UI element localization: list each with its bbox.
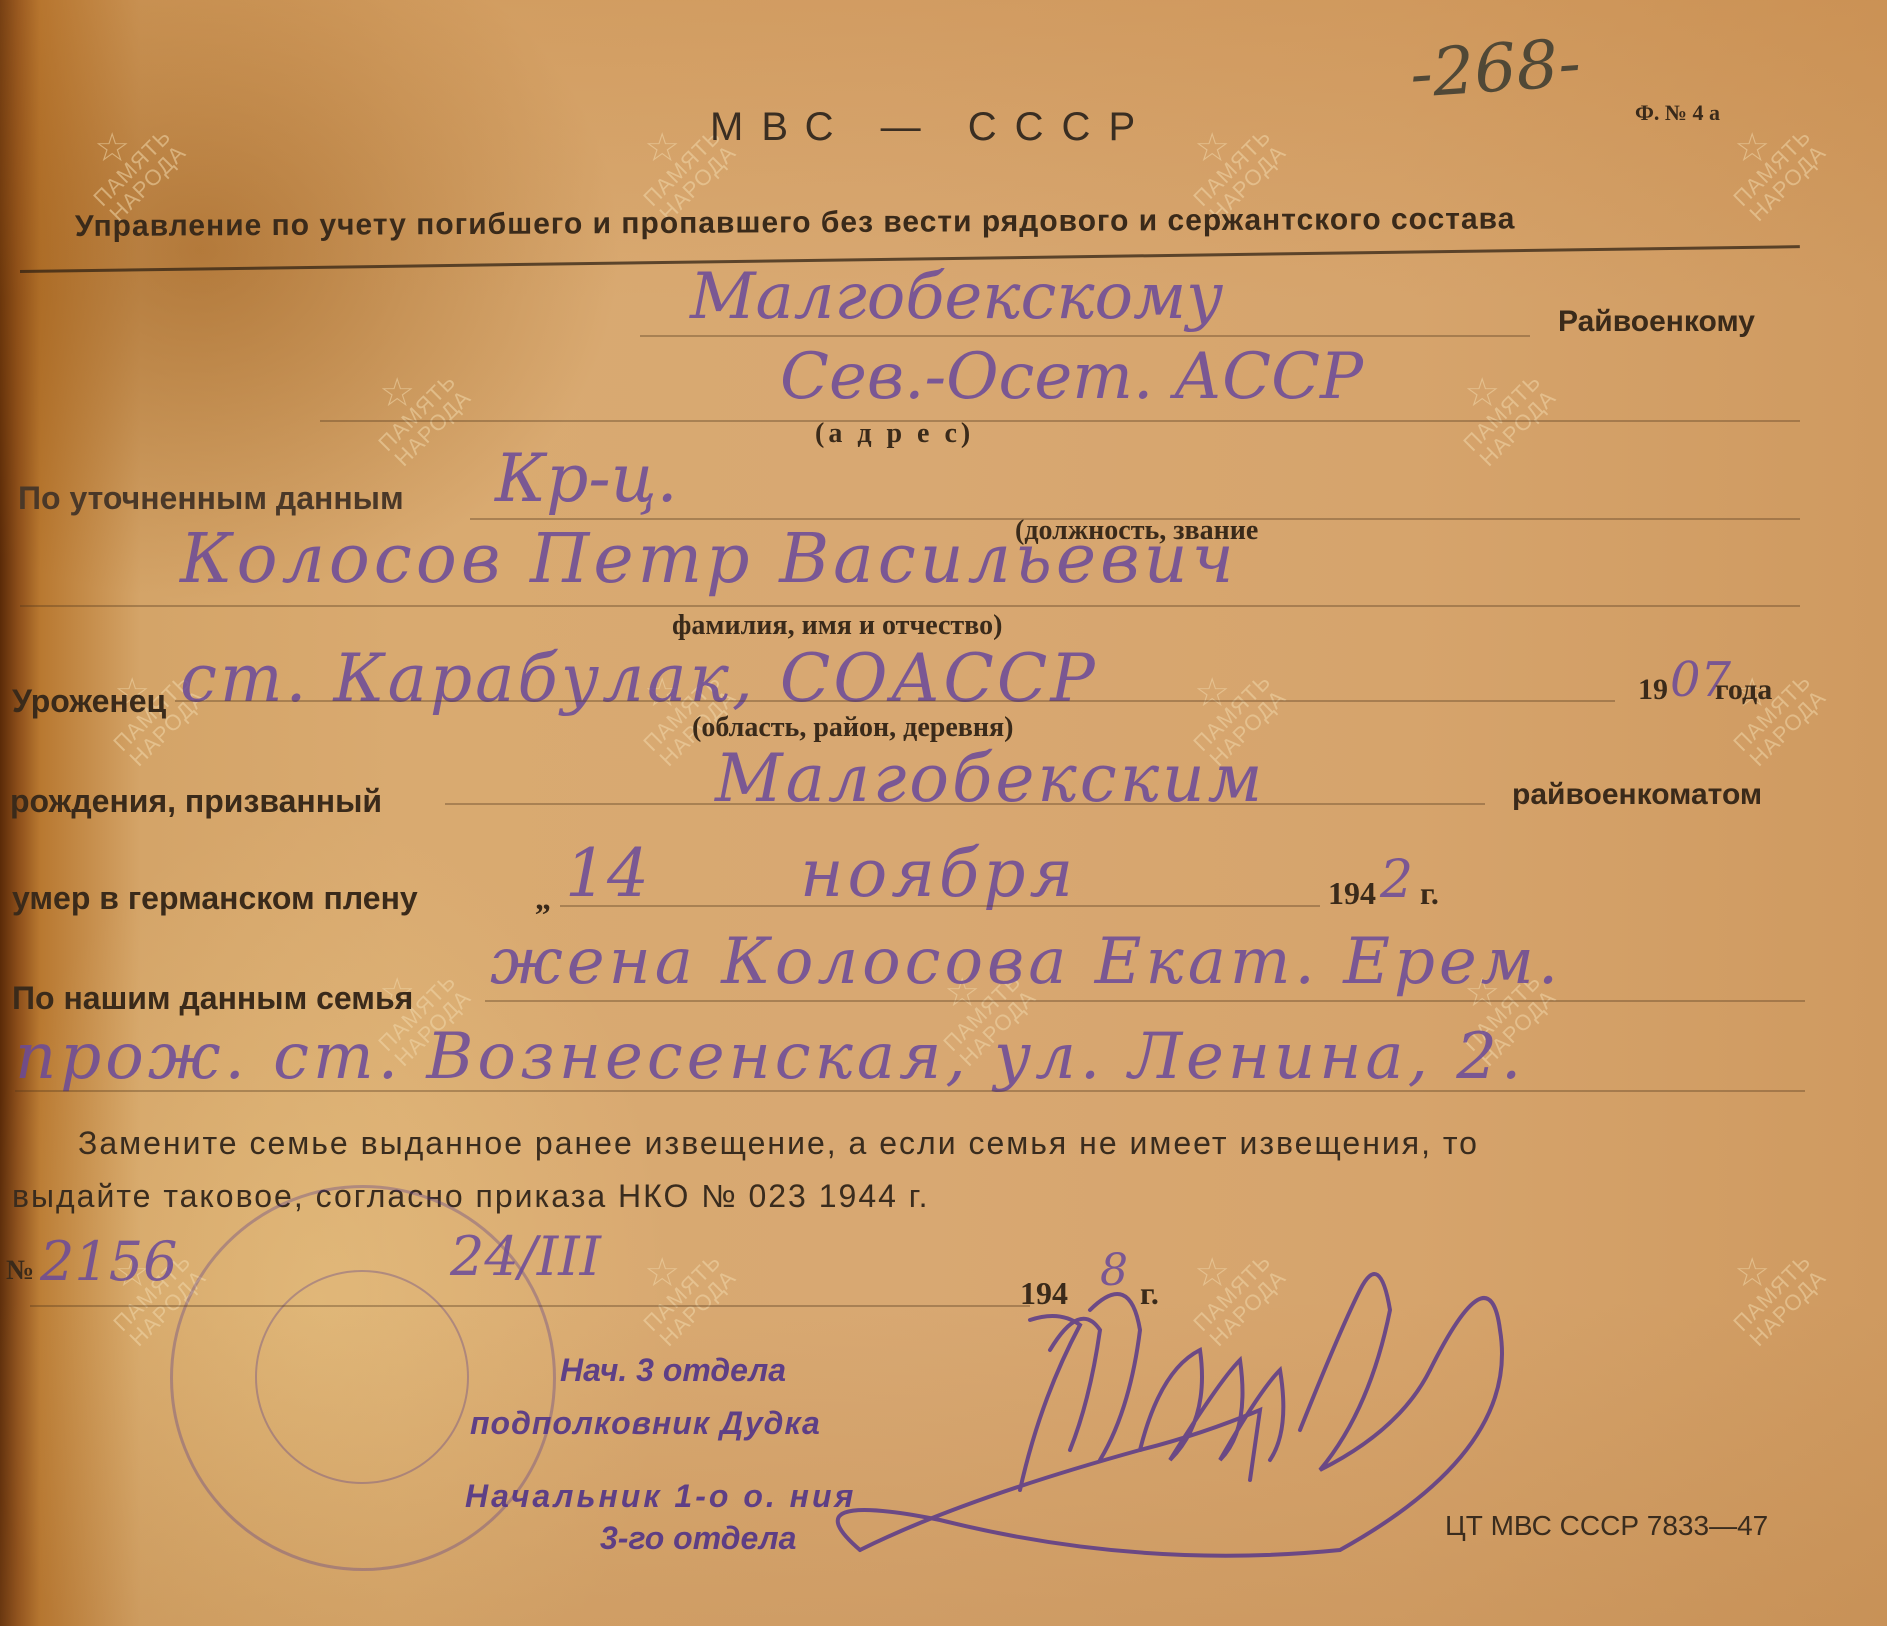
form-code: Ф. № 4 а <box>1635 100 1720 126</box>
archive-number: -268- <box>1408 24 1584 113</box>
star-icon: ☆ <box>1433 382 1532 404</box>
recipient-name-handwritten: Малгобекскому <box>690 260 1223 334</box>
birthplace-line <box>175 700 1615 702</box>
drafted-by-handwritten: Малгобекским <box>715 740 1265 817</box>
drafted-line <box>445 803 1485 805</box>
drafted-suffix: райвоенкоматом <box>1512 778 1762 812</box>
star-icon: ☆ <box>1703 1262 1802 1284</box>
death-date-line <box>560 905 1320 907</box>
address-caption: (а д р е с) <box>815 418 974 450</box>
death-month-handwritten: ноября <box>800 835 1077 912</box>
family-line2-handwritten: прож. ст. Вознесенская, ул. Ленина, 2. <box>15 1020 1525 1094</box>
star-icon: ☆ <box>348 382 447 404</box>
outgoing-number-prefix: № <box>6 1255 34 1287</box>
star-icon: ☆ <box>1163 137 1262 159</box>
birthplace-label: Уроженец <box>12 683 166 720</box>
family-line2 <box>15 1090 1805 1092</box>
rank-handwritten: Кр-ц. <box>495 440 678 517</box>
death-year-handwritten: 2 <box>1380 850 1413 910</box>
intro-label: По уточненным данным <box>18 480 404 517</box>
death-year-prefix: 194 <box>1328 875 1376 912</box>
death-year-suffix: г. <box>1420 875 1439 912</box>
recipient-address-handwritten: Сев.-Осет. АССР <box>780 340 1363 414</box>
name-caption: фамилия, имя и отчество) <box>672 610 1002 642</box>
birthplace-handwritten: ст. Карабулак, СОАССР <box>180 640 1098 717</box>
outgoing-number-handwritten: 2156 <box>40 1230 177 1293</box>
death-quote: „ <box>535 880 551 917</box>
name-handwritten: Колосов Петр Васильевич <box>180 520 1238 599</box>
official-seal-inner <box>255 1270 469 1484</box>
address-line <box>320 420 1800 422</box>
death-day-handwritten: 14 <box>565 835 649 912</box>
star-icon: ☆ <box>613 137 712 159</box>
instructions-line1: Замените семье выданное ранее извещение,… <box>78 1125 1479 1162</box>
printer-mark: ЦТ МВС СССР 7833—47 <box>1445 1510 1768 1542</box>
drafted-label: рождения, призванный <box>10 783 382 820</box>
death-label: умер в германском плену <box>12 880 418 917</box>
birth-year-suffix: года <box>1715 673 1772 707</box>
name-line <box>20 605 1800 607</box>
star-icon: ☆ <box>63 137 162 159</box>
birth-year-prefix: 19 <box>1638 673 1668 707</box>
family-line1 <box>485 1000 1805 1002</box>
star-icon: ☆ <box>1703 137 1802 159</box>
family-line1-handwritten: жена Колосова Екат. Ерем. <box>490 925 1562 999</box>
family-label: По нашим данным семья <box>12 980 413 1017</box>
recipient-line <box>640 335 1530 337</box>
header-title: МВС — СССР <box>710 105 1153 150</box>
recipient-label: Райвоенкому <box>1558 305 1755 339</box>
signature-scribble <box>440 1250 1620 1570</box>
instructions-line2: выдайте таковое, согласно приказа НКО № … <box>12 1178 929 1215</box>
